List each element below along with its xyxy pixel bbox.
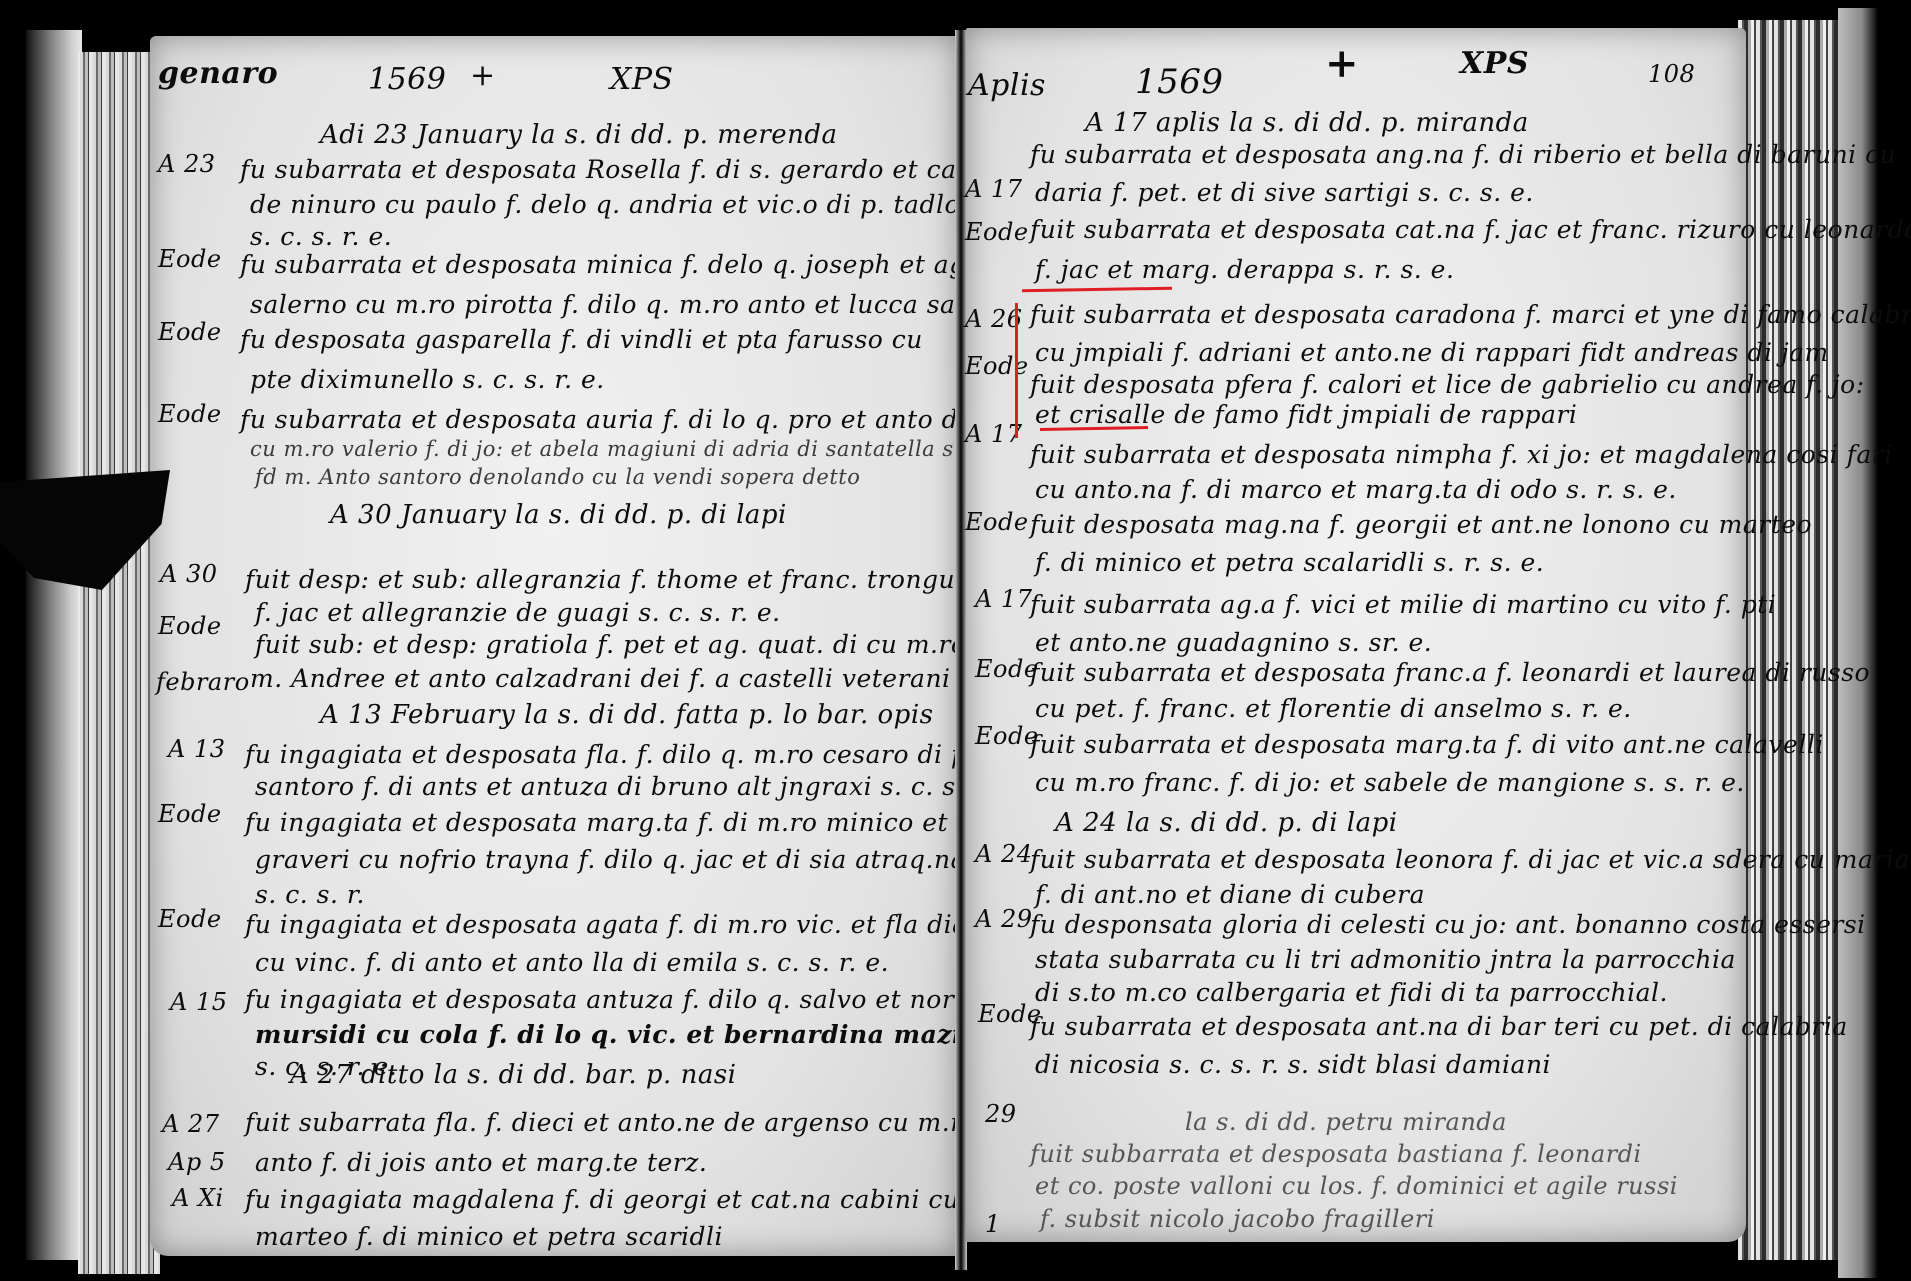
margin-label: Eode <box>965 218 1029 246</box>
margin-label: Eode <box>158 318 222 346</box>
entry-line: fu subarrata et desposata ang.na f. di r… <box>1030 140 1896 169</box>
left-header-year: 1569 <box>368 62 446 97</box>
margin-label: Eode <box>158 400 222 428</box>
entry-line: cu m.ro franc. f. di jo: et sabele de ma… <box>1035 768 1745 797</box>
entry-line: fu subarrata et desposata Rosella f. di … <box>240 155 1008 184</box>
right-header-month: Aplis <box>968 68 1046 103</box>
margin-label: 1 <box>985 1210 1001 1238</box>
date-heading: Adi 23 January la s. di dd. p. merenda <box>320 120 838 150</box>
right-header-year: 1569 <box>1135 62 1224 102</box>
margin-label: Eode <box>975 722 1039 750</box>
date-heading: A 24 la s. di dd. p. di lapi <box>1055 808 1398 838</box>
entry-line: di nicosia s. c. s. r. s. sidt blasi dam… <box>1035 1050 1551 1079</box>
entry-line: daria f. pet. et di sive sartigi s. c. s… <box>1035 178 1534 207</box>
right-cover-board <box>1838 8 1878 1278</box>
entry-line: fuit subarrata et desposata franc.a f. l… <box>1030 658 1870 687</box>
margin-label: A 17 <box>975 585 1033 613</box>
entry-line: fuit subarrata et desposata marg.ta f. d… <box>1030 730 1824 759</box>
date-heading: A 17 aplis la s. di dd. p. miranda <box>1085 108 1529 138</box>
left-header-cross: + <box>470 58 496 93</box>
entry-line: fu ingagiata et desposata marg.ta f. di … <box>245 808 1049 837</box>
entry-line: et anto.ne guadagnino s. sr. e. <box>1035 628 1432 657</box>
entry-line: fuit subarrata et desposata leonora f. d… <box>1030 845 1911 874</box>
right-header-cross: + <box>1325 40 1359 87</box>
margin-label: 29 <box>985 1100 1017 1128</box>
entry-line: pte diximunello s. c. s. r. e. <box>250 365 605 394</box>
margin-label: A 30 <box>160 560 218 588</box>
entry-line: f. di ant.no et diane di cubera <box>1035 880 1425 909</box>
margin-label: Eode <box>158 905 222 933</box>
entry-line: fu ingagiata et desposata fla. f. dilo q… <box>245 740 1060 769</box>
entry-line: graveri cu nofrio trayna f. dilo q. jac … <box>255 845 966 874</box>
margin-label: A 27 <box>162 1110 220 1138</box>
entry-line: fu subarrata et desposata minica f. delo… <box>240 250 990 279</box>
entry-line: santoro f. di ants et antuza di bruno al… <box>255 772 1023 801</box>
left-cover-board <box>26 30 82 1260</box>
folio-number: 108 <box>1648 60 1695 88</box>
entry-line: fuit subarrata et desposata nimpha f. xi… <box>1030 440 1893 469</box>
entry-line: cu vinc. f. di anto et anto lla di emila… <box>255 948 889 977</box>
entry-line: anto f. di jois anto et marg.te terz. <box>255 1148 707 1177</box>
entry-line: s. c. s. r. e. <box>255 1052 397 1081</box>
entry-line: f. jac et marg. derappa s. r. s. e. <box>1035 255 1454 284</box>
margin-label: A Xi <box>172 1184 224 1212</box>
entry-line: fu ingagiata et desposata agata f. di m.… <box>245 910 1024 939</box>
entry-line: stata subarrata cu li tri admonitio jntr… <box>1035 945 1736 974</box>
entry-line: et co. poste valloni cu los. f. dominici… <box>1035 1172 1678 1200</box>
entry-line: di s.to m.co calbergaria et fidi di ta p… <box>1035 978 1668 1007</box>
entry-line: s. c. s. r. e. <box>250 222 392 251</box>
right-page-edges <box>1738 20 1838 1260</box>
entry-line: marteo f. di minico et petra scaridli <box>255 1222 723 1251</box>
entry-line: fuit subarrata et desposata cat.na f. ja… <box>1030 215 1911 244</box>
left-page-edges <box>78 52 160 1274</box>
entry-line: cu jmpiali f. adriani et anto.ne di rapp… <box>1035 338 1829 367</box>
entry-line: s. c. s. r. <box>255 880 365 909</box>
entry-line: fu subarrata et desposata auria f. di lo… <box>240 405 1075 434</box>
left-header-month: genaro <box>158 56 278 91</box>
margin-label: A 13 <box>168 735 226 763</box>
entry-line: fu ingagiata magdalena f. di georgi et c… <box>245 1185 960 1214</box>
entry-line: fuit subarrata et desposata caradona f. … <box>1030 300 1911 329</box>
margin-label: Eode <box>158 612 222 640</box>
entry-line: fu subarrata et desposata ant.na di bar … <box>1030 1012 1848 1041</box>
entry-line: cu anto.na f. di marco et marg.ta di odo… <box>1035 475 1677 504</box>
margin-label: A 17 <box>965 175 1023 203</box>
margin-label: A 15 <box>170 988 228 1016</box>
margin-label: Ap 5 <box>168 1148 226 1176</box>
margin-label: A 23 <box>158 150 216 178</box>
entry-line: fuit desposata pfera f. calori et lice d… <box>1030 370 1865 399</box>
entry-line: f. subsit nicolo jacobo fragilleri <box>1040 1205 1435 1233</box>
entry-line: et crisalle de famo fidt jmpiali de rapp… <box>1035 400 1577 429</box>
margin-label: A 29 <box>975 905 1033 933</box>
entry-line: f. di minico et petra scalaridli s. r. s… <box>1035 548 1544 577</box>
margin-label: Eode <box>965 508 1029 536</box>
entry-line: fuit sub: et desp: gratiola f. pet et ag… <box>255 630 1038 659</box>
margin-label: A 17 <box>965 420 1023 448</box>
entry-line: fuit subbarrata et desposata bastiana f.… <box>1030 1140 1642 1168</box>
left-header-symbol: XPS <box>610 62 674 97</box>
entry-line: fuit subarrata fla. f. dieci et anto.ne … <box>245 1108 1019 1137</box>
date-heading: A 13 February la s. di dd. fatta p. lo b… <box>320 700 933 730</box>
margin-label: A 26 <box>965 305 1023 333</box>
entry-line: cu m.ro valerio f. di jo: et abela magiu… <box>250 437 1015 461</box>
entry-line: fu desponsata gloria di celesti cu jo: a… <box>1030 910 1866 939</box>
entry-line: fuit subarrata ag.a f. vici et milie di … <box>1030 590 1776 619</box>
margin-label: Eode <box>965 352 1029 380</box>
right-header-symbol: XPS <box>1460 46 1529 81</box>
entry-line: fu ingagiata et desposata antuza f. dilo… <box>245 985 970 1014</box>
red-bracket-annotation <box>1015 303 1018 438</box>
date-heading: la s. di dd. petru miranda <box>1185 1108 1507 1136</box>
entry-line: de ninuro cu paulo f. delo q. andria et … <box>250 190 974 219</box>
margin-label: febraro <box>156 668 250 696</box>
entry-line: fuit desposata mag.na f. georgii et ant.… <box>1030 510 1812 539</box>
entry-line: cu pet. f. franc. et florentie di anselm… <box>1035 694 1632 723</box>
margin-label: Eode <box>158 245 222 273</box>
entry-line: f. jac et allegranzie de guagi s. c. s. … <box>255 598 781 627</box>
margin-label: Eode <box>158 800 222 828</box>
open-book: genaro 1569 + XPS Adi 23 January la s. d… <box>0 0 1911 1281</box>
entry-line: fu desposata gasparella f. di vindli et … <box>240 325 923 354</box>
margin-label: Eode <box>975 655 1039 683</box>
entry-line: fd m. Anto santoro denolando cu la vendi… <box>255 465 860 489</box>
margin-label: A 24 <box>975 840 1033 868</box>
date-heading: A 30 January la s. di dd. p. di lapi <box>330 500 787 530</box>
